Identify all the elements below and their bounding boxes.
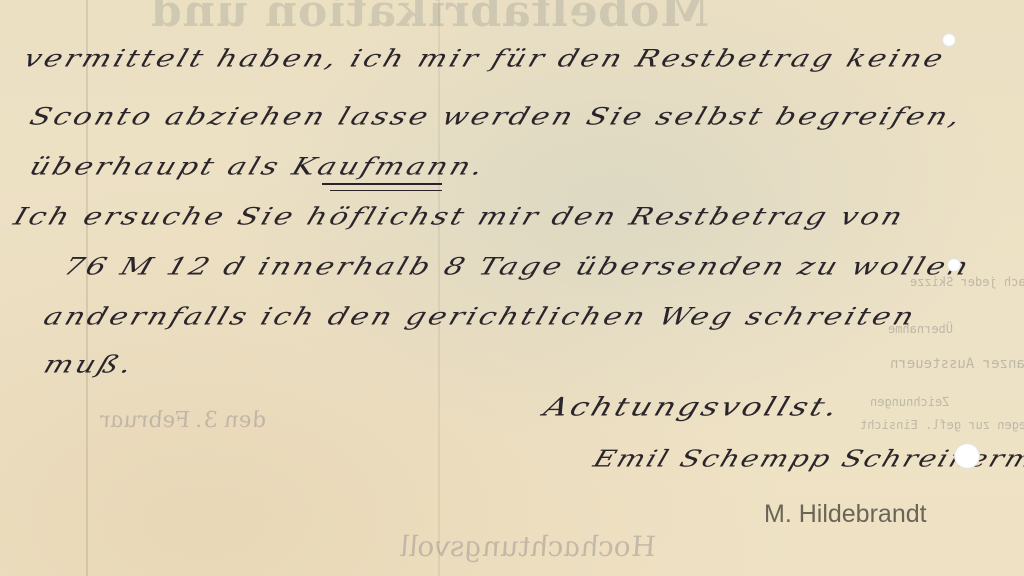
paper-background bbox=[0, 0, 1024, 576]
copyright-watermark: M. Hildebrandt bbox=[764, 500, 927, 529]
letter-line-4: Ich ersuche Sie höflichst mir den Restbe… bbox=[10, 203, 909, 231]
punch-hole bbox=[942, 33, 956, 47]
bleed-through-closing: Hochachtungsvoll bbox=[396, 530, 660, 563]
letter-line-1: vermittelt haben, ich mir für den Restbe… bbox=[20, 45, 949, 73]
paper-fold-line bbox=[86, 0, 88, 576]
paper-fold-line bbox=[438, 0, 440, 576]
letter-line-3: überhaupt als Kaufmann. bbox=[26, 153, 490, 181]
bleed-through-date: den 3. Februar bbox=[97, 408, 269, 433]
bleed-through-text: Zeichnungen bbox=[870, 395, 949, 409]
punch-hole bbox=[947, 258, 961, 272]
letter-closing: Achtungsvollst. bbox=[540, 392, 845, 422]
underline bbox=[322, 183, 442, 185]
punch-hole bbox=[954, 443, 980, 469]
letter-line-5: 76 M 12 d innerhalb 8 Tage übersenden zu… bbox=[60, 253, 975, 281]
underline bbox=[330, 190, 442, 191]
letter-line-6: andernfalls ich den gerichtlichen Weg sc… bbox=[40, 303, 920, 331]
bleed-through-letterhead: Möbelfabrikation und bbox=[150, 0, 709, 37]
bleed-through-text: liegen zur gefl. Einsicht bbox=[860, 418, 1024, 432]
letter-line-7: muß. bbox=[40, 351, 138, 379]
bleed-through-text: ganzer Aussteuern bbox=[890, 356, 1024, 372]
letter-line-2: Sconto abziehen lasse werden Sie selbst … bbox=[26, 103, 967, 131]
